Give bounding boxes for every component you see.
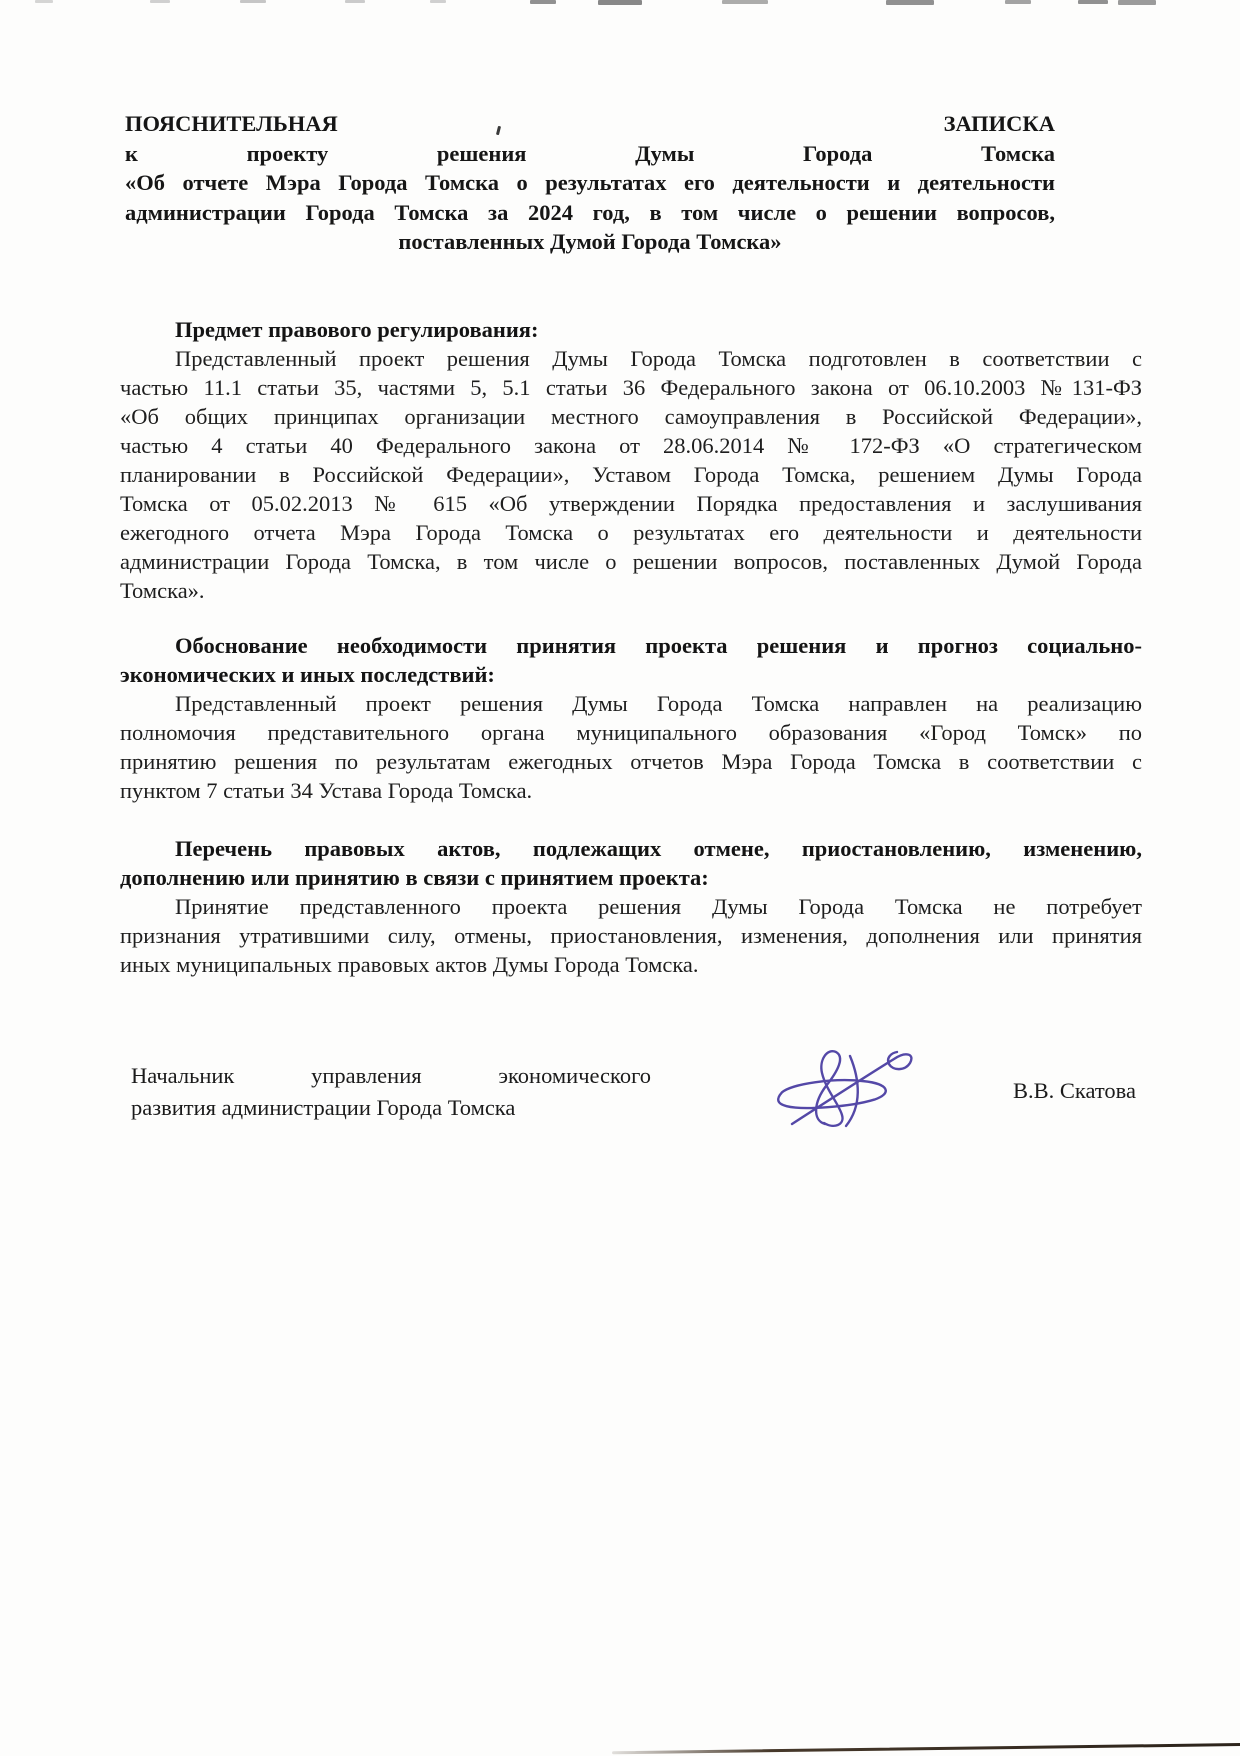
text-line: Представленный проект решения Думы Город… <box>120 344 1142 373</box>
text-line: Перечень правовых актов, подлежащих отме… <box>120 834 1142 863</box>
scan-artifact-dash <box>530 0 556 4</box>
text-line: дополнению или принятию в связи с принят… <box>120 863 1142 892</box>
scan-artifact-dash <box>1078 0 1108 4</box>
text-line: Обоснование необходимости принятия проек… <box>120 631 1142 660</box>
document-body: Предмет правового регулирования: Предста… <box>120 315 1142 979</box>
text-line: частью 4 статьи 40 Федерального закона о… <box>120 431 1142 460</box>
scan-artifact-dash <box>430 0 446 3</box>
text-line: администрации Города Томска, в том числе… <box>120 547 1142 576</box>
text-line: Томска». <box>120 576 1142 605</box>
signatory-name: В.В. Скатова <box>1013 1078 1136 1104</box>
text-line: частью 11.1 статьи 35, частями 5, 5.1 ст… <box>120 373 1142 402</box>
text-line: администрации Города Томска за 2024 год,… <box>125 198 1055 228</box>
text-line: ежегодного отчета Мэра Города Томска о р… <box>120 518 1142 547</box>
text-line: поставленных Думой Города Томска» <box>125 227 1055 257</box>
text-line: признания утратившими силу, отмены, прио… <box>120 921 1142 950</box>
scan-page-edge-line <box>612 1743 1240 1754</box>
section-heading-subject: Предмет правового регулирования: <box>120 315 1142 344</box>
text-line: экономических и иных последствий: <box>120 660 1142 689</box>
text-line: Томска от 05.02.2013 № 615 «Об утвержден… <box>120 489 1142 518</box>
section-paragraph-acts-list: Принятие представленного проекта решения… <box>120 892 1142 979</box>
text-line: полномочия представительного органа муни… <box>120 718 1142 747</box>
scanned-document-page: ПОЯСНИТЕЛЬНАЯ ЗАПИСКАк проекту решения Д… <box>0 0 1240 1756</box>
text-line: планировании в Российской Федерации», Ус… <box>120 460 1142 489</box>
text-line: ПОЯСНИТЕЛЬНАЯ ЗАПИСКА <box>125 109 1055 139</box>
scan-artifact-dash <box>150 0 170 3</box>
scan-artifact-dash <box>345 0 365 3</box>
scan-artifact-dash <box>240 0 266 3</box>
text-line: Начальник управления экономического <box>131 1060 651 1092</box>
text-line: «Об отчете Мэра Города Томска о результа… <box>125 168 1055 198</box>
text-line: пунктом 7 статьи 34 Устава Города Томска… <box>120 776 1142 805</box>
text-line: к проекту решения Думы Города Томска <box>125 139 1055 169</box>
scan-artifact-dash <box>598 0 642 5</box>
section-paragraph-subject: Представленный проект решения Думы Город… <box>120 344 1142 605</box>
handwritten-signature <box>768 1038 928 1138</box>
section-heading-justification: Обоснование необходимости принятия проек… <box>120 631 1142 689</box>
text-line: принятию решения по результатам ежегодны… <box>120 747 1142 776</box>
section-heading-acts-list: Перечень правовых актов, подлежащих отме… <box>120 834 1142 892</box>
text-line: Принятие представленного проекта решения… <box>120 892 1142 921</box>
text-line: иных муниципальных правовых актов Думы Г… <box>120 950 1142 979</box>
scan-artifact-dash <box>35 0 53 3</box>
text-line: «Об общих принципах организации местного… <box>120 402 1142 431</box>
text-line: Представленный проект решения Думы Город… <box>120 689 1142 718</box>
section-paragraph-justification: Представленный проект решения Думы Город… <box>120 689 1142 805</box>
document-title: ПОЯСНИТЕЛЬНАЯ ЗАПИСКАк проекту решения Д… <box>125 109 1055 257</box>
scan-artifact-dash <box>1118 0 1156 5</box>
text-line: развития администрации Города Томска <box>131 1092 651 1124</box>
signatory-position: Начальник управления экономическогоразви… <box>131 1060 651 1124</box>
scan-artifact-dash <box>886 0 934 5</box>
text-line: Предмет правового регулирования: <box>120 315 1142 344</box>
scan-artifact-dash <box>1005 0 1031 4</box>
scan-artifact-dash <box>722 0 768 4</box>
